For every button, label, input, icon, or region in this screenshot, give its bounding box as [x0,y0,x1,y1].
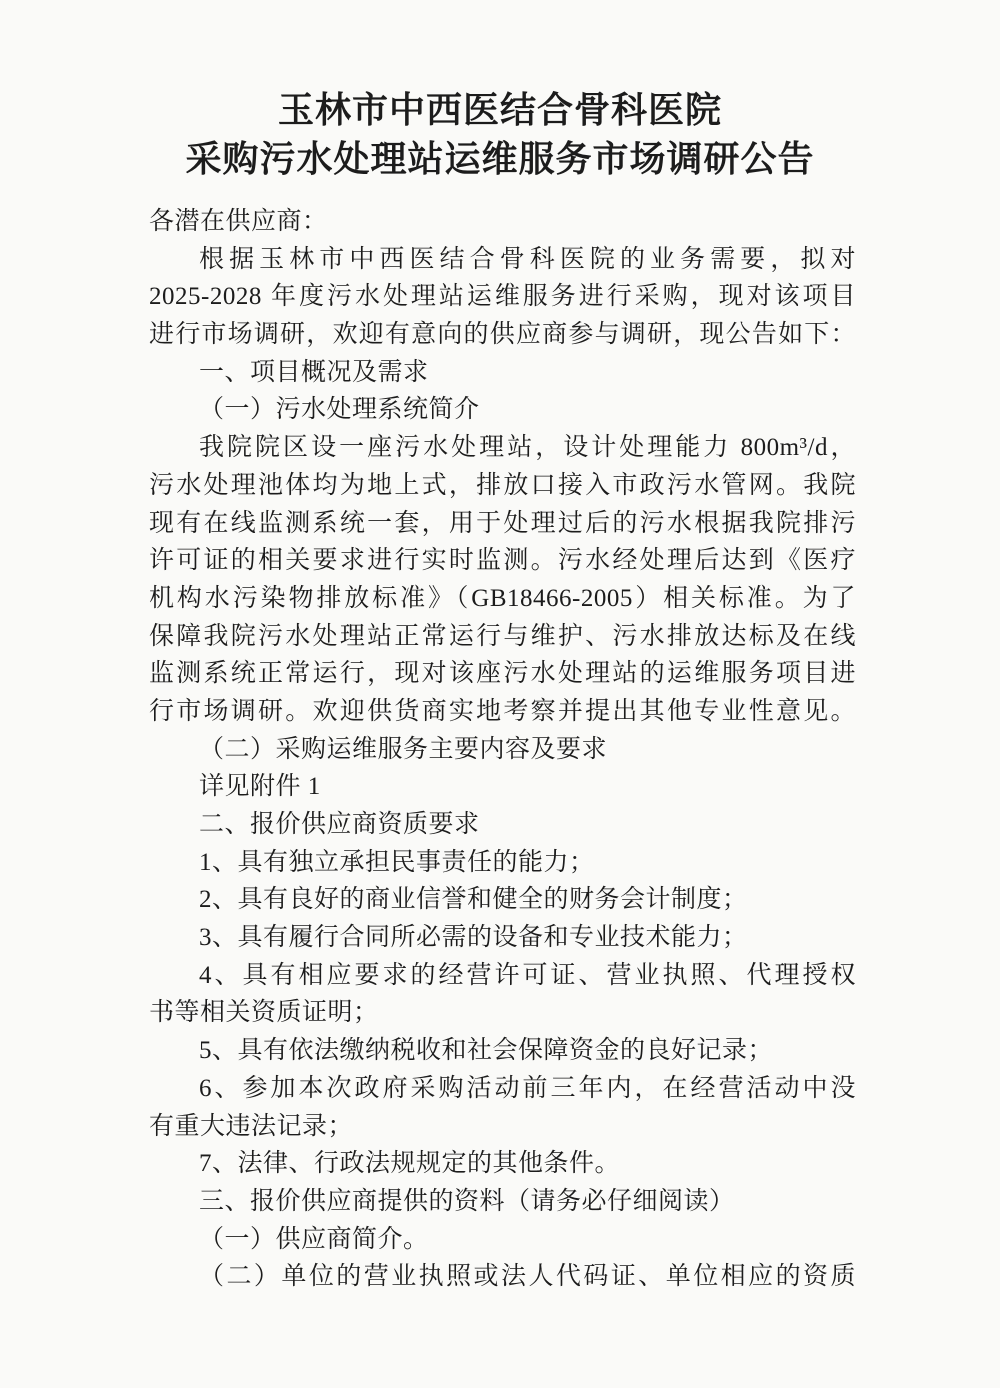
body-line: 保障我院污水处理站正常运行与维护、污水排放达标及在线 [149,618,856,656]
document-title: 玉林市中西医结合骨科医院 采购污水处理站运维服务市场调研公告 [0,86,1000,184]
list-item: 4、具有相应要求的经营许可证、营业执照、代理授权 [149,957,856,995]
list-item: 3、具有履行合同所必需的设备和专业技术能力； [149,919,856,957]
list-item: 2、具有良好的商业信誉和健全的财务会计制度； [149,881,856,919]
body-line: 监测系统正常运行，现对该座污水处理站的运维服务项目进 [149,655,856,693]
body-line: 2025-2028 年度污水处理站运维服务进行采购，现对该项目 [149,278,856,316]
list-item: 1、具有独立承担民事责任的能力； [149,844,856,882]
document-body: 各潜在供应商： 根据玉林市中西医结合骨科医院的业务需要，拟对 2025-2028… [149,203,856,1296]
subsection-heading: （二）采购运维服务主要内容及要求 [149,731,856,769]
subsection-heading: （一）污水处理系统简介 [149,391,856,429]
list-item: 6、参加本次政府采购活动前三年内，在经营活动中没 [149,1070,856,1108]
body-line: 污水处理池体均为地上式，排放口接入市政污水管网。我院 [149,467,856,505]
body-line: 行市场调研。欢迎供货商实地考察并提出其他专业性意见。 [149,693,856,731]
body-line: 根据玉林市中西医结合骨科医院的业务需要，拟对 [149,241,856,279]
section-heading-2: 二、报价供应商资质要求 [149,806,856,844]
list-item: 7、法律、行政法规规定的其他条件。 [149,1145,856,1183]
body-line: 详见附件 1 [149,768,856,806]
body-line: 进行市场调研，欢迎有意向的供应商参与调研，现公告如下： [149,316,856,354]
list-item-continuation: 有重大违法记录； [149,1108,856,1146]
section-heading-3: 三、报价供应商提供的资料（请务必仔细阅读） [149,1183,856,1221]
subsection-heading: （一）供应商简介。 [149,1221,856,1259]
list-item-continuation: 书等相关资质证明； [149,994,856,1032]
body-line: 我院院区设一座污水处理站，设计处理能力 800m³/d， [149,429,856,467]
scanned-announcement-page: 玉林市中西医结合骨科医院 采购污水处理站运维服务市场调研公告 各潜在供应商： 根… [0,0,1000,1388]
body-line: 机构水污染物排放标准》（GB18466-2005）相关标准。为了 [149,580,856,618]
body-line: 许可证的相关要求进行实时监测。污水经处理后达到《医疗 [149,542,856,580]
subsection-heading: （二）单位的营业执照或法人代码证、单位相应的资质 [149,1258,856,1296]
document-title-line-2: 采购污水处理站运维服务市场调研公告 [0,135,1000,184]
document-title-line-1: 玉林市中西医结合骨科医院 [0,86,1000,135]
salutation-line: 各潜在供应商： [149,203,856,241]
section-heading-1: 一、项目概况及需求 [149,354,856,392]
list-item: 5、具有依法缴纳税收和社会保障资金的良好记录； [149,1032,856,1070]
body-line: 现有在线监测系统一套，用于处理过后的污水根据我院排污 [149,505,856,543]
